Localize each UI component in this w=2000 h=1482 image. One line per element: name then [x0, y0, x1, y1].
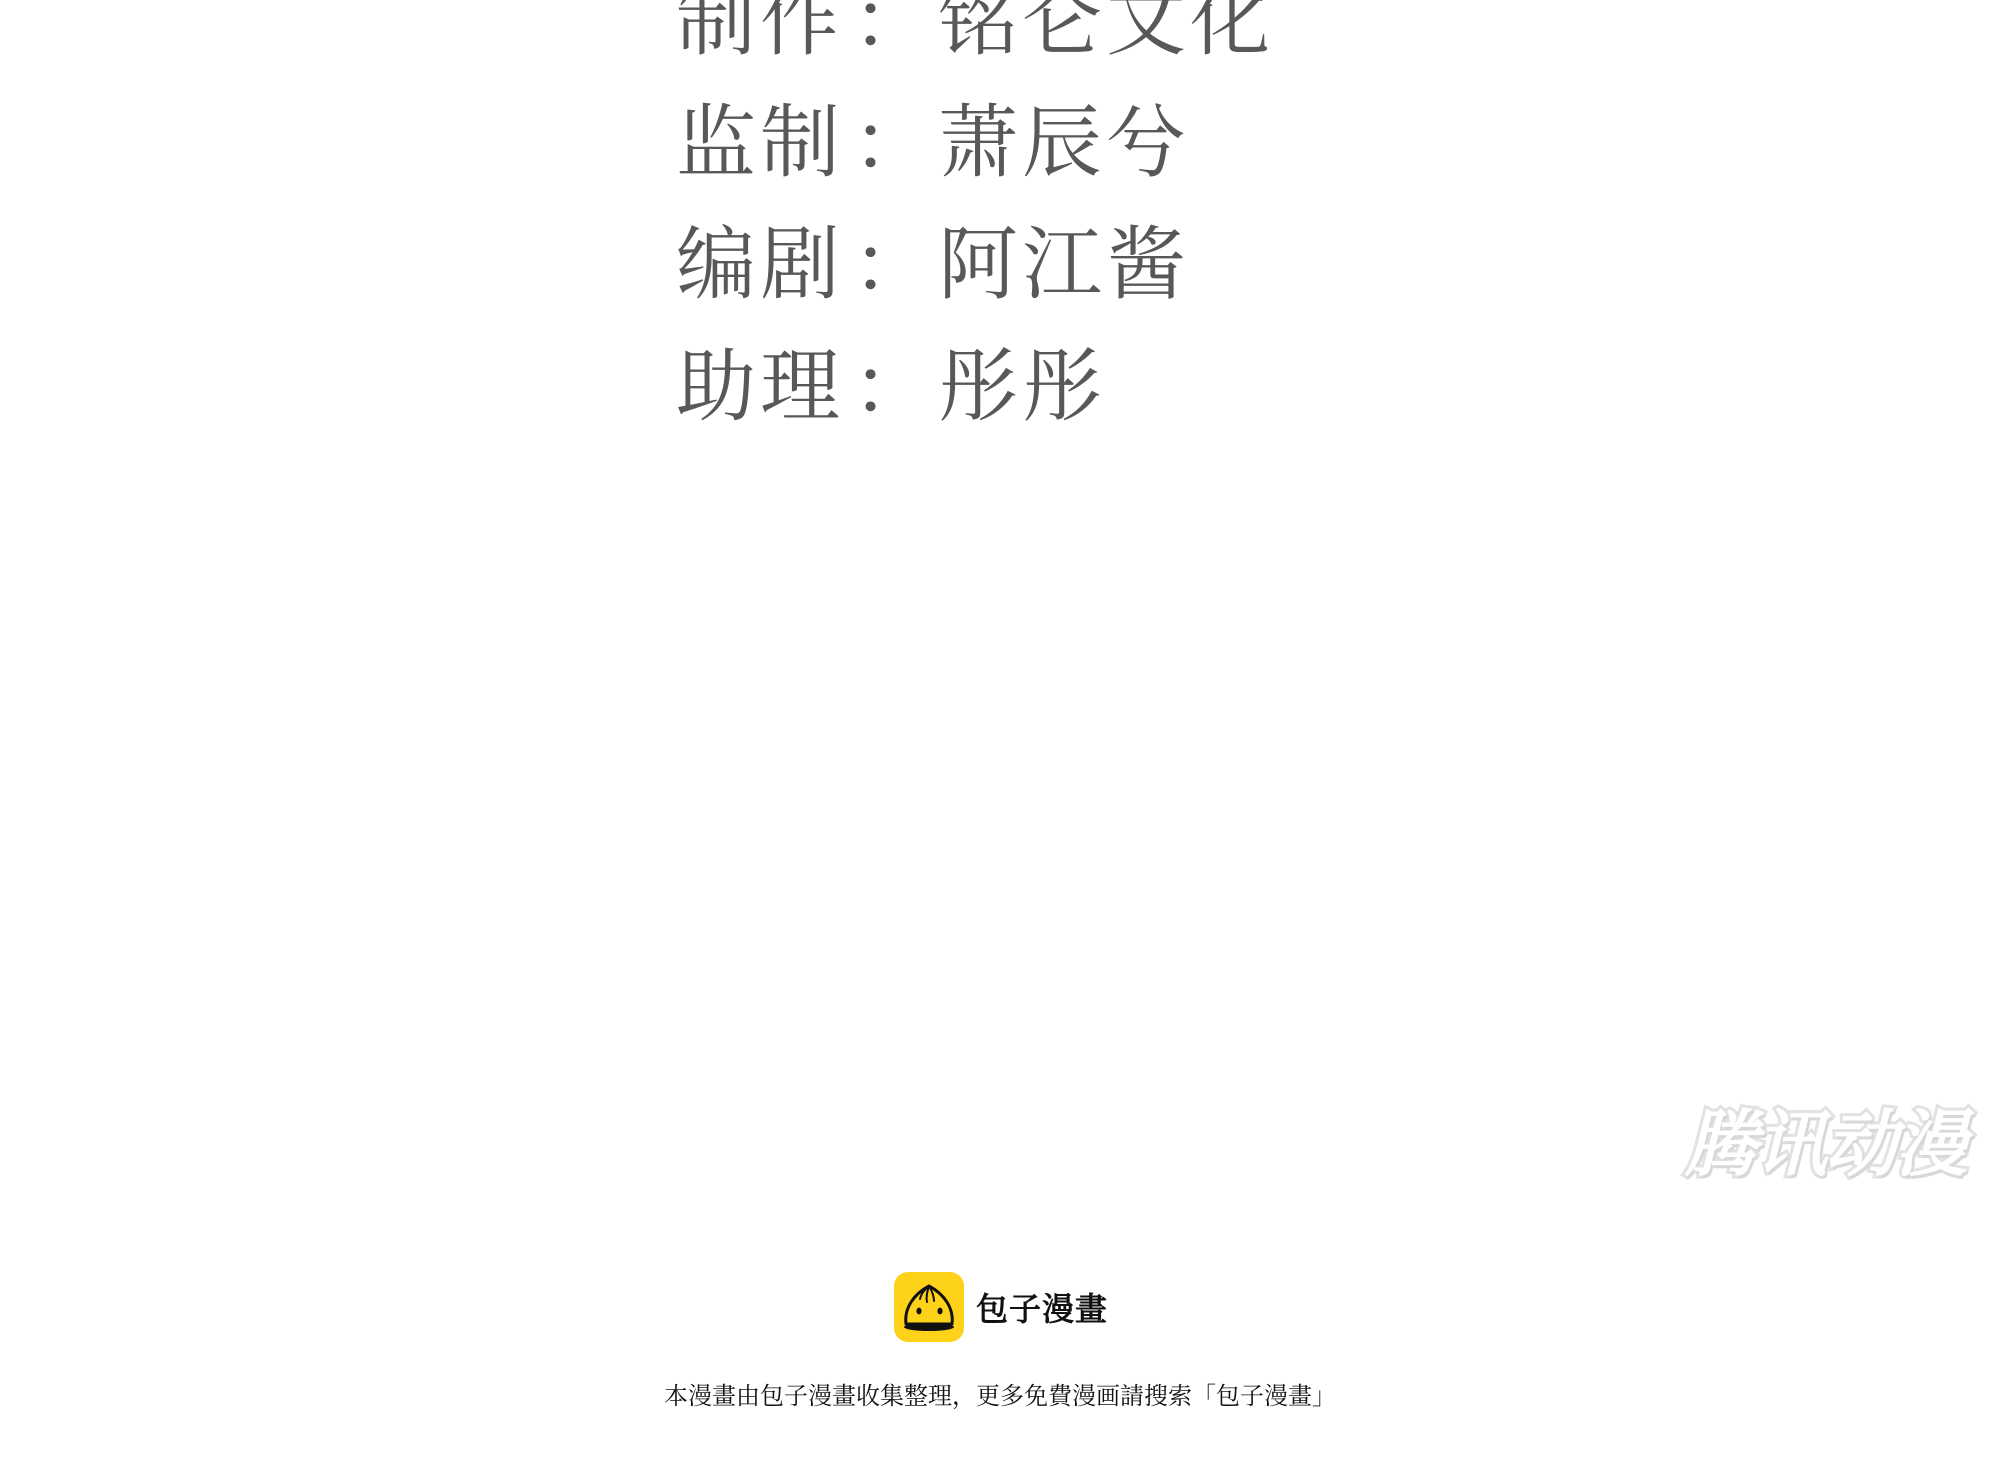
credit-name: 铭仑文化	[938, 0, 1274, 82]
credit-role: 编剧	[676, 204, 846, 326]
credit-row-screenwriter: 编剧 ： 阿江酱	[676, 204, 1274, 326]
footer-note: 本漫畫由包子漫畫收集整理，更多免費漫画請搜索「包子漫畫」	[0, 1376, 2000, 1411]
credit-role: 助理	[676, 326, 846, 448]
tencent-comics-watermark: 腾讯动漫	[1668, 1094, 1982, 1182]
credit-name: 萧辰兮	[938, 82, 1190, 204]
brand-name: 包子漫畫	[976, 1284, 1108, 1330]
credit-colon: ：	[846, 204, 938, 326]
credits-block: 制作 ： 铭仑文化 监制 ： 萧辰兮 编剧 ： 阿江酱 助理 ： 彤彤	[676, 0, 1274, 448]
credit-row-assistant: 助理 ： 彤彤	[676, 326, 1274, 448]
credit-role: 监制	[676, 82, 846, 204]
credit-colon: ：	[846, 82, 938, 204]
watermark-text: 腾讯动漫	[1685, 1086, 1965, 1190]
credit-role: 制作	[676, 0, 846, 82]
brand-logo-block: 包子漫畫	[894, 1272, 1108, 1342]
credit-name: 彤彤	[938, 326, 1106, 448]
credit-colon: ：	[846, 0, 938, 82]
credit-colon: ：	[846, 326, 938, 448]
credit-row-production: 制作 ： 铭仑文化	[676, 0, 1274, 82]
steamed-bun-icon	[894, 1272, 964, 1342]
credit-row-supervisor: 监制 ： 萧辰兮	[676, 82, 1274, 204]
credit-name: 阿江酱	[938, 204, 1190, 326]
